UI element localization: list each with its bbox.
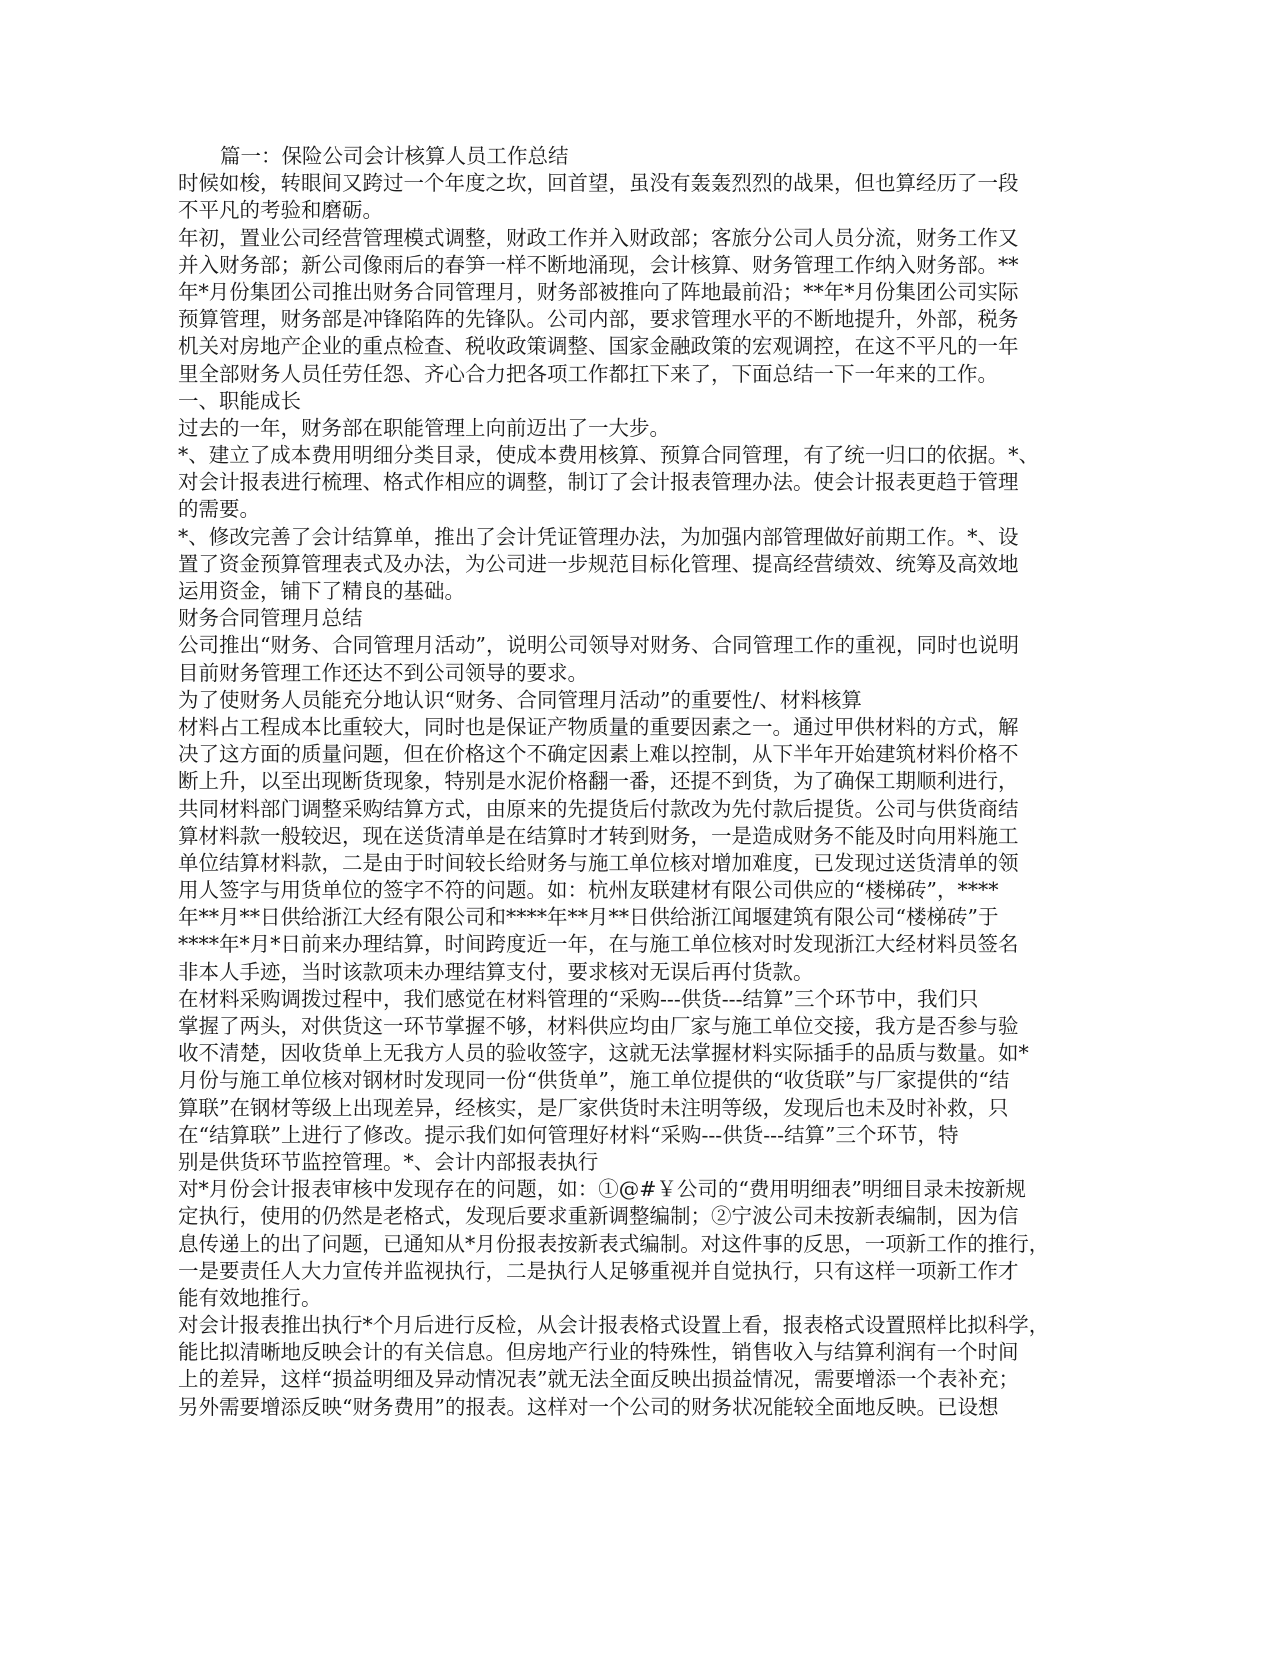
paragraph-line: 在“结算联”上进行了修改。提示我们如何管理好材料“采购---供货---结算”三个… [178,1122,1038,1149]
paragraph-line: 算材料款一般较迟，现在送货清单是在结算时才转到财务，一是造成财务不能及时向用料施… [178,823,1038,850]
paragraph-line: 另外需要增添反映“财务费用”的报表。这样对一个公司的财务状况能较全面地反映。已设… [178,1394,1038,1421]
paragraph-line: 决了这方面的质量问题，但在价格这个不确定因素上难以控制，从下半年开始建筑材料价格… [178,741,1038,768]
paragraph-line: ****年*月*日前来办理结算，时间跨度近一年，在与施工单位核对时发现浙江大经材… [178,931,1038,958]
paragraph-line: 息传递上的出了问题，已通知从*月份报表按新表式编制。对这件事的反思，一项新工作的… [178,1231,1038,1258]
paragraph-line: 为了使财务人员能充分地认识“财务、合同管理月活动”的重要性/、材料核算 [178,687,1038,714]
paragraph-line: 目前财务管理工作还达不到公司领导的要求。 [178,660,1038,687]
paragraph-line: 过去的一年，财务部在职能管理上向前迈出了一大步。 [178,415,1038,442]
paragraph-line: 能比拟清晰地反映会计的有关信息。但房地产行业的特殊性，销售收入与结算利润有一个时… [178,1339,1038,1366]
paragraph-line: 断上升，以至出现断货现象，特别是水泥价格翻一番，还提不到货，为了确保工期顺利进行… [178,768,1038,795]
document-title: 篇一：保险公司会计核算人员工作总结 [178,143,1038,170]
paragraph-line: 一是要责任人大力宣传并监视执行，二是执行人足够重视并自觉执行，只有这样一项新工作… [178,1258,1038,1285]
paragraph-line: 掌握了两头，对供货这一环节掌握不够，材料供应均由厂家与施工单位交接，我方是否参与… [178,1013,1038,1040]
paragraph-line: 在材料采购调拨过程中，我们感觉在材料管理的“采购---供货---结算”三个环节中… [178,986,1038,1013]
paragraph-line: 定执行，使用的仍然是老格式，发现后要求重新调整编制；②宁波公司未按新表编制，因为… [178,1203,1038,1230]
paragraph-line: 财务合同管理月总结 [178,605,1038,632]
paragraph-line: 材料占工程成本比重较大，同时也是保证产物质量的重要因素之一。通过甲供材料的方式，… [178,714,1038,741]
paragraph-line: 并入财务部；新公司像雨后的春笋一样不断地涌现，会计核算、财务管理工作纳入财务部。… [178,252,1038,279]
paragraph-line: 对会计报表推出执行*个月后进行反检，从会计报表格式设置上看，报表格式设置照样比拟… [178,1312,1038,1339]
paragraph-line: 非本人手迹，当时该款项未办理结算支付，要求核对无误后再付货款。 [178,959,1038,986]
paragraph-line: 收不清楚，因收货单上无我方人员的验收签字，这就无法掌握材料实际插手的品质与数量。… [178,1040,1038,1067]
paragraph-line: 共同材料部门调整采购结算方式，由原来的先提货后付款改为先付款后提货。公司与供货商… [178,796,1038,823]
paragraph-line: 上的差异，这样“损益明细及异动情况表”就无法全面反映出损益情况，需要增添一个表补… [178,1366,1038,1393]
paragraph-line: 里全部财务人员任劳任怨、齐心合力把各项工作都扛下来了，下面总结一下一年来的工作。 [178,361,1038,388]
paragraph-line: 对会计报表进行梳理、格式作相应的调整，制订了会计报表管理办法。使会计报表更趋于管… [178,469,1038,496]
paragraph-line: 公司推出“财务、合同管理月活动”，说明公司领导对财务、合同管理工作的重视，同时也… [178,632,1038,659]
document-page: 篇一：保险公司会计核算人员工作总结 时候如梭，转眼间又跨过一个年度之坎，回首望，… [178,143,1038,1421]
paragraph-line: 别是供货环节监控管理。*、会计内部报表执行 [178,1149,1038,1176]
paragraph-line: 一、职能成长 [178,388,1038,415]
paragraph-line: *、建立了成本费用明细分类目录，使成本费用核算、预算合同管理，有了统一归口的依据… [178,442,1038,469]
paragraph-line: 时候如梭，转眼间又跨过一个年度之坎，回首望，虽没有轰轰烈烈的战果，但也算经历了一… [178,170,1038,197]
paragraph-line: 的需要。 [178,496,1038,523]
paragraph-line: 置了资金预算管理表式及办法，为公司进一步规范目标化管理、提高经营绩效、统筹及高效… [178,551,1038,578]
paragraph-line: 年*月份集团公司推出财务合同管理月，财务部被推向了阵地最前沿；**年*月份集团公… [178,279,1038,306]
paragraph-line: 年初，置业公司经营管理模式调整，财政工作并入财政部；客旅分公司人员分流，财务工作… [178,225,1038,252]
document-body: 时候如梭，转眼间又跨过一个年度之坎，回首望，虽没有轰轰烈烈的战果，但也算经历了一… [178,170,1038,1421]
paragraph-line: 用人签字与用货单位的签字不符的问题。如：杭州友联建材有限公司供应的“楼梯砖”，*… [178,877,1038,904]
paragraph-line: 不平凡的考验和磨砺。 [178,197,1038,224]
paragraph-line: *、修改完善了会计结算单，推出了会计凭证管理办法，为加强内部管理做好前期工作。*… [178,524,1038,551]
paragraph-line: 单位结算材料款，二是由于时间较长给财务与施工单位核对增加难度，已发现过送货清单的… [178,850,1038,877]
paragraph-line: 机关对房地产企业的重点检查、税收政策调整、国家金融政策的宏观调控，在这不平凡的一… [178,333,1038,360]
paragraph-line: 月份与施工单位核对钢材时发现同一份“供货单”，施工单位提供的“收货联”与厂家提供… [178,1067,1038,1094]
paragraph-line: 运用资金，铺下了精良的基础。 [178,578,1038,605]
paragraph-line: 能有效地推行。 [178,1285,1038,1312]
paragraph-line: 预算管理，财务部是冲锋陷阵的先锋队。公司内部，要求管理水平的不断地提升，外部，税… [178,306,1038,333]
paragraph-line: 算联”在钢材等级上出现差异，经核实，是厂家供货时未注明等级，发现后也未及时补救，… [178,1095,1038,1122]
paragraph-line: 对*月份会计报表审核中发现存在的问题，如：①@#￥公司的“费用明细表”明细目录未… [178,1176,1038,1203]
paragraph-line: 年**月**日供给浙江大经有限公司和****年**月**日供给浙江闻堰建筑有限公… [178,904,1038,931]
